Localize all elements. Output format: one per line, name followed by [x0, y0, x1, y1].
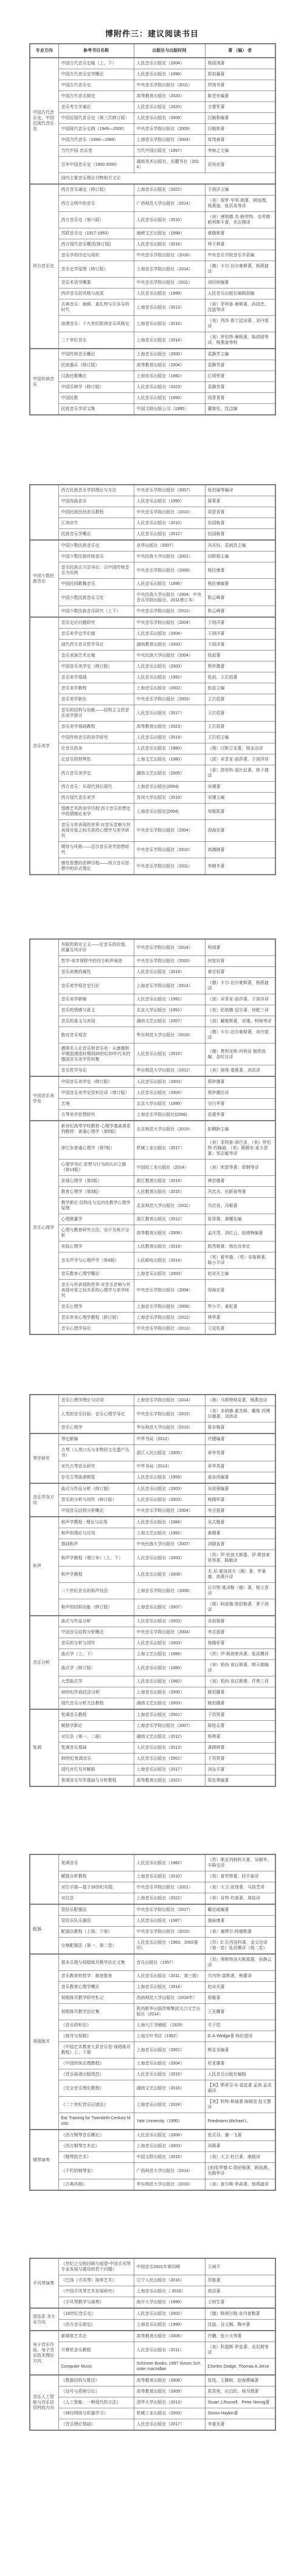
book-title-cell: 西方音乐史（第六版）: [58, 212, 134, 228]
author-cell: 汪毓和编著: [205, 113, 275, 124]
book-row: 音乐与其表现的世界:对音乐音响与其表现对象之间关系的心理学与美学研究中央音乐学院…: [30, 1280, 275, 1302]
publisher-cell: 人民音乐出版社（1985）: [134, 1660, 205, 1676]
publisher-cell: 上海音乐出版社（2024）: [134, 2097, 205, 2113]
book-row: 中国音乐美学史资料注译（增订版）人民音乐出版社（2004）蔡仲德注译: [30, 1088, 275, 1099]
author-cell: 林崇德著: [205, 1176, 275, 1187]
publisher-cell: 当代中国出版社（1997）: [134, 146, 205, 157]
book-title-cell: 曲式学（上、下）: [58, 1649, 134, 1660]
author-cell: 杨民康编著: [205, 579, 275, 590]
author-cell: 刘经树编著: [205, 278, 275, 289]
major-direction-cell: 配器: [30, 1904, 58, 1954]
book-row: 中国现代音乐史纲（1949—2000）中央音乐学院出版社（2009）汪毓和著: [30, 124, 275, 135]
publisher-cell: 中央音乐学院出版社（2013）: [134, 1324, 205, 1335]
book-title-cell: 心理与教育研究方法、设计及统计分析: [58, 1225, 134, 1242]
table-header-row: 专业方向参考书目名称出版社与出版时间著 （编） 者: [30, 44, 275, 58]
book-title-cell: 古琴（人类口头与非物质文化遗产丛书）: [58, 1445, 134, 1461]
book-title-cell: 中国民间歌舞音乐: [58, 579, 134, 590]
author-cell: 杨民康著: [205, 562, 275, 579]
book-row: 《不朽的钢琴家》广西师范大学出版社（2014）(美)哈罗德·C·勋伯格著，顾连理…: [30, 2163, 275, 2179]
book-row: 管弦乐队乐器法人民音乐出版社（1987）施咏康著: [30, 1916, 275, 1927]
book-row: 论音乐的美人民音乐出版社（1980）（奥）汉斯立克著，杨业治译: [30, 743, 275, 754]
book-title-cell: 和声学教程 - 理论与应用: [58, 1517, 134, 1528]
publisher-cell: 中央民族大学出版社（2007）: [134, 1539, 205, 1550]
publisher-cell: 高等教育出版社（2006）: [134, 2331, 205, 2342]
publisher-cell: 人民音乐出版社（2010）: [134, 518, 205, 529]
book-row: 《二十世纪音乐记谱法》上海音乐出版社（2024）【美】科特·斯通著 陈晓翌 赵文…: [30, 2097, 275, 2113]
author-cell: 郑祖襄著: [205, 69, 275, 80]
author-cell: 人民音乐出版社编辑部编: [205, 289, 275, 299]
book-row: 和声学教程人民音乐出版社（2008）尤·尼·霍洛波夫（俄）著，罗秉康、高燕升译: [30, 1566, 275, 1583]
book-title-cell: 曲式与作品分析（修订版）: [58, 1483, 134, 1495]
publisher-cell: 人民音乐出版社（2011，第三版）: [134, 1971, 205, 1982]
author-cell: 姚恒璐著: [205, 1687, 275, 1698]
publisher-cell: 高等教育出版社（2020）: [134, 91, 205, 102]
publisher-cell: 湖南文艺出版社（2012）: [134, 1732, 205, 1743]
publisher-cell: 中华书局（2013）: [134, 1461, 205, 1472]
author-cell: 李吉提著: [205, 1506, 275, 1517]
publisher-cell: 中央音乐学院出版社（2015）: [134, 1406, 205, 1423]
book-row: 西方音乐史（第六版）人民音乐出版社（2010）（美）唐纳德·杰·格劳特、克劳德·…: [30, 212, 275, 228]
book-row: 心理测量学浙江教育出版社（2012）张厚粲、龚耀先编: [30, 1214, 275, 1225]
publisher-cell: 京华出版社（2007）: [134, 540, 205, 552]
major-direction-cell: 中国少数民族音乐: [30, 540, 58, 617]
publisher-cell: 音乐出版社（1957）: [134, 1954, 205, 1971]
publisher-cell: 中央音乐学院出版社（2011）: [134, 278, 205, 289]
author-cell: 王次炤著: [205, 694, 275, 705]
book-row: 中国民歌人民音乐出版社（1993）周青青著: [30, 393, 275, 404]
publisher-cell: 海峡文艺出版社（1998）: [134, 228, 205, 239]
author-cell: 赵宋光著: [205, 1982, 275, 1993]
author-cell: （美）肯特·坎南著，周临译: [205, 1893, 275, 1905]
author-cell: 张前、王次炤著: [205, 672, 275, 683]
author-cell: 吴祖强编著: [205, 1483, 275, 1495]
book-row: 手风琴演奏《世纪之交的回顾与展望-中国手风琴专业发展与建设的若干问题》中国音乐2…: [30, 2258, 275, 2275]
publisher-cell: 中央音乐学院出版社（2010）: [134, 507, 205, 518]
publisher-cell: 上海音乐学院出版社（2007）: [134, 1721, 205, 1732]
book-row: 音乐美学新论中央音乐学院出版社（2003）王次炤著: [30, 694, 275, 705]
book-title-cell: 管弦乐队乐器法: [58, 1916, 134, 1927]
publisher-cell: 上海音乐出版社（2000）: [134, 349, 205, 360]
publisher-cell: 人民教育出版社（2019）: [134, 1242, 205, 1252]
book-title-cell: 复调音乐写作基础与分析教程: [58, 1775, 134, 1787]
major-direction-cell: 音乐分析: [30, 1616, 58, 1709]
book-title-cell: 音乐教育的哲学：推进愿景: [58, 1971, 134, 1982]
book-title-cell: 二十世纪音乐的和声技法: [58, 1583, 134, 1599]
major-direction-cell: 电子音乐作曲、电子音乐技术理论方向: [30, 2331, 58, 2375]
book-row: 音乐美学观念史引论上海音乐学院出版社（2014）（德）卡尔·达尔豪斯著，杨燕迪译: [30, 978, 275, 994]
publisher-cell: 人民音乐出版社（2015）: [134, 2069, 205, 2080]
publisher-cell: 人民音乐出版社（2011）: [134, 2342, 205, 2359]
book-title-cell: 《音乐曲谱出版规范》: [58, 2069, 134, 2080]
book-row: 中国当代音乐（1949—1989）上海音乐学院出版社（2004）梁茂春著: [30, 135, 275, 146]
publisher-cell: 人民音乐出版社（2017）: [134, 2419, 205, 2431]
book-row: 管弦系 各专业方向《19世纪音乐史》人民音乐出版社（2002）（德）格奥尔格.克…: [30, 2308, 275, 2320]
author-cell: （苏）斯克列勃科夫著，吴佩华、丰陈宝译: [205, 1854, 275, 1871]
author-cell: （美）大卫·波登著，马扬芝译: [205, 1882, 275, 1893]
span-note-cell: 国内主要音乐理论刊物相关文论: [58, 173, 275, 185]
author-cell: 王次炤著: [205, 722, 275, 733]
book-title-cell: 和声学教程: [58, 1566, 134, 1583]
publisher-cell: 人民音乐出版社（2004）: [134, 58, 205, 69]
book-title-cell: 宋代古琴音乐研究: [58, 1461, 134, 1472]
book-title-cell: 对位法: [58, 1893, 134, 1905]
author-cell: Simon Haykin著: [205, 2408, 275, 2419]
author-cell: （德）卡尔·达尔豪斯著，刘丹霓译: [205, 1027, 275, 1044]
publisher-cell: 中央音乐学院出版社（2011）: [134, 80, 205, 91]
book-title-cell: 和声学教程（增订本）（上、下）: [58, 1550, 134, 1566]
author-cell: 查阜西编著: [205, 1472, 275, 1484]
book-row: 视唱练耳教学研究札记西南师范大学出版社（2018年）郑敏著: [30, 1993, 275, 2004]
book-title-cell: 中国音乐美学史资料注译（增订版）: [58, 1088, 134, 1099]
publisher-cell: 湖南文艺出版社（2007）: [134, 1016, 205, 1027]
book-row: 赋格学新论上海音乐学院出版社（2007）陈铭志著: [30, 1721, 275, 1732]
publisher-cell: 中国文联出版社（2015）: [134, 2152, 205, 2163]
book-row: 中国音乐结构分析概论中央音乐学院出版社（2004）李吉提著: [30, 1506, 275, 1517]
author-cell: （苏）伊·斯波索宾著，张洪模译: [205, 1649, 275, 1660]
book-title-cell: 音乐的结构与功能——结构主义的音乐美学探讨: [58, 705, 134, 722]
author-cell: 于润洋著: [205, 617, 275, 629]
publisher-cell: 人民邮电出版社（2014）: [134, 1252, 205, 1269]
publisher-cell: 人民音乐出版社（2019）: [134, 967, 205, 978]
book-row: 二十世纪音乐的和声技法上海音乐学院出版社（2006）瓦尔特·基泽勒（德）著，杨立…: [30, 1583, 275, 1599]
book-row: 交响配器法（第一、第二卷）人民音乐出版社（1963、2002重印）（苏）C·瓦西…: [30, 1938, 275, 1955]
author-cell: 【美】斯蒂芬·G·雷兹著 孟酋 孟采丽译: [205, 2080, 275, 2097]
book-title-cell: 西方音乐通史（修订版）: [58, 184, 134, 196]
book-row: 《钢琴的艺术》中国文联出版社（2015）（美）大卫·杜巴著，康瑞译: [30, 2152, 275, 2163]
author-cell: 于润洋主编: [205, 184, 275, 196]
book-title-cell: 古典音乐：海顿、莫扎特与贝多芬的时代: [58, 299, 134, 316]
author-cell: 蔡仲德著: [205, 661, 275, 672]
book-row: 对位法（第一、二册）湖南文艺出版社（2012）杨勇著: [30, 1732, 275, 1743]
book-row: 心理学导论 思想与行为的认识之路（第13版）中国轻工业出版社（2014）（美）库…: [30, 1160, 275, 1176]
author-cell: （德）费利克斯·玛利亚·伽茨选编，金经言译: [205, 1044, 275, 1065]
publisher-cell: 上海音乐出版社（2007）: [134, 1599, 205, 1616]
publisher-cell: 人民音乐出版社（2008）: [134, 1566, 205, 1583]
book-title-cell: 民族音乐学概论: [58, 529, 134, 541]
author-cell: （美）塞缪尔·阿德勒著: [205, 1927, 275, 1938]
publisher-cell: 人民音乐出版社（2002）: [134, 2308, 205, 2320]
book-row: 音乐术语学概要中央音乐学院出版社（2011）刘经树编著: [30, 278, 275, 289]
publisher-cell: 广西师范大学出版社（2014）: [134, 2163, 205, 2179]
book-title-cell: 和声的结构功能（修订版）: [58, 1599, 134, 1616]
author-cell: 林华著: [205, 1313, 275, 1324]
author-cell: 李焕之主编: [205, 146, 275, 157]
publisher-cell: 人民音乐出版社（2015）: [134, 1044, 205, 1065]
book-row: 音乐的分析与创作（修订版）人民音乐出版社（2003）杨儒怀著: [30, 1495, 275, 1506]
major-direction-cell: 中国音乐美学史: [30, 1076, 58, 1121]
author-cell: （德）卡尔·达尔豪斯著，杨燕迪译: [205, 978, 275, 994]
book-title-cell: 音乐史学原理（修订版）: [58, 261, 134, 278]
book-title-cell: 音乐的分析与创作: [58, 1638, 134, 1649]
author-cell: 尤·尼·霍洛波夫（俄）著，罗秉康、高燕升译: [205, 1566, 275, 1583]
publisher-cell: 湖南文艺出版社（2016）: [134, 2080, 205, 2097]
author-cell: 郑敏著: [205, 1993, 275, 2004]
book-row: 期待与风格——迈尔音乐美学思想研究中央音乐学院出版社（2010）高拂晓著: [30, 842, 275, 858]
book-title-cell: 《钢琴的艺术》: [58, 2152, 134, 2163]
book-row: 教学新论 结构化与定向化教学心理学原理北京师范大学出版社（2011）冯忠良、冯姬…: [30, 1198, 275, 1214]
book-title-cell: 音乐与其表现的世界:对音乐音响与其表现对象之间关系的心理学与美学研究: [58, 1280, 134, 1302]
publisher-cell: 高等教育出版社（2023）: [134, 722, 205, 733]
publisher-cell: 中央音乐学院出版社（2004）: [134, 820, 205, 842]
publisher-cell: 上海音乐出版社（2003）: [134, 2141, 205, 2152]
publisher-cell: 中国文联出版公司（1985）: [134, 404, 205, 415]
book-title-cell: 对位法（第一、二册）: [58, 1732, 134, 1743]
publisher-cell: 人民音乐出版社（2019）: [134, 733, 205, 743]
author-cell: 袁静芳著: [205, 382, 275, 393]
book-row: 中国传统音乐中国传统音乐概论上海音乐出版社（2000）袁静芳主编: [30, 349, 275, 360]
author-cell: 龚晓婷著: [205, 1743, 275, 1754]
book-row: 中国少数民族传统音乐中央民族大学出版社（2001）田联韬主编: [30, 552, 275, 562]
publisher-cell: 浙江人民出版社（2005）: [134, 1445, 205, 1461]
book-title-cell: 复调音乐教程: [58, 1709, 134, 1721]
author-cell: 汪毓和著: [205, 124, 275, 135]
book-title-cell: 《信号与系统引论》: [58, 2386, 134, 2397]
book-title-cell: 中国音乐美学史（修订版）: [58, 661, 134, 672]
author-cell: 张前主编: [205, 683, 275, 694]
author-cell: 王光耀著: [205, 2004, 275, 2020]
book-title-cell: 《音乐的听法》: [58, 2020, 134, 2031]
book-title-cell: 《中国手风琴艺术发展研究》: [58, 2286, 134, 2297]
book-row: 音乐心理学理论与应用上海音乐学院出版社（2014）（奥）马斯特纳克著，杨燕宜译: [30, 1395, 275, 1406]
book-row: 音乐教育的哲学：推进愿景人民音乐出版社（2011，第三版）贝内特·雷默著，熊蕾译: [30, 1971, 275, 1982]
book-title-cell: 视唱练耳教学法论集: [58, 2004, 134, 2020]
book-row: 《信号与系统引论》高等教育出版社（2009）郑君里、应启珩、杨为理著: [30, 2386, 275, 2397]
author-cell: （美）彼得·基维著，刘洪译: [205, 1065, 275, 1077]
book-title-cell: 音乐心理学理论与应用: [58, 1395, 134, 1406]
book-row: 20世纪作曲技法分析上海音乐出版社（2000）姚恒璐著: [30, 1687, 275, 1698]
publisher-cell: 中央音乐学院出版社（2009）: [134, 124, 205, 135]
publisher-cell: 华东师范大学出版社（2019）: [134, 1027, 205, 1044]
author-cell: 张伯瑜等编译: [205, 485, 275, 496]
author-cell: （美）多纳德·霍杰斯、戴维·西博尔德著，刘沛译: [205, 1406, 275, 1423]
publisher-cell: 上海音乐学院出版社（2012）: [134, 1313, 205, 1324]
book-title-cell: 中国少数民族音乐研究（上下）: [58, 606, 134, 618]
book-title-cell: 《二十世纪音乐记谱法》: [58, 2097, 134, 2113]
book-row: 古典音乐：海顿、莫扎特与贝多芬的时代上海音乐出版社（2013）（美）菲利普·唐斯…: [30, 299, 275, 316]
author-cell: G·A·Wedge著 杨民望译: [205, 2031, 275, 2042]
book-title-cell: 中国音乐美学史（修订版）: [58, 1076, 134, 1088]
publisher-cell: 上海音乐出版社（2001）: [134, 2042, 205, 2058]
book-title-cell: Computer Music: [58, 2359, 134, 2376]
book-title-cell: 西方文明中的音乐: [58, 196, 134, 212]
author-cell: 吴式锴著: [205, 1517, 275, 1528]
book-title-cell: 心理测量学: [58, 1214, 134, 1225]
publisher-cell: 上海音乐出版社（ 2016）: [134, 2286, 205, 2297]
publisher-cell: 机械工业出版社（2009）: [134, 2408, 205, 2419]
book-title-cell: 和声的理论与应用: [58, 1528, 134, 1539]
publisher-cell: 上海音乐出版社（2003）: [134, 1269, 205, 1280]
publisher-cell: 人民音乐出版社（2012）: [134, 529, 205, 541]
author-cell: （美）伦纳德·迈尔著，何乾三译: [205, 1005, 275, 1016]
book-row: 古琴（人类口头与非物质文化遗产丛书）浙江人民出版社（2005）章华英著: [30, 1445, 275, 1461]
author-cell: （意）恩里科·福比尼著，修子建译: [205, 765, 275, 782]
book-title-cell: 音乐术语学概要: [58, 278, 134, 289]
book-title-cell: 百年中国音乐史（1900-2000）: [58, 157, 134, 173]
book-title-cell: 20世纪作曲技法分析: [58, 1687, 134, 1698]
book-row: 实验心理学人民教育出版社（2019）郭秀艳著、杨治良审定: [30, 1242, 275, 1252]
publisher-cell: 湖南教育出版社（2000）: [134, 640, 205, 651]
book-title-cell: 中国少数民族传统音乐: [58, 552, 134, 562]
book-row: 对位法上海音乐出版社（2022）（美）肯特·坎南著，周临译: [30, 1893, 275, 1905]
book-row: 音乐心理学上海音乐学院出版社（2008）罗小平、黄虹著: [30, 1302, 275, 1313]
publisher-cell: 广西师范大学出版社（2014）: [134, 196, 205, 212]
book-title-cell: 发展心理学（第2版）: [58, 1176, 134, 1187]
author-cell: 伊鸿书著: [205, 80, 275, 91]
publisher-cell: 北京师范大学出版社（2011）: [134, 1198, 205, 1214]
book-row: 苏联音乐史（1917-1953）海峡文艺出版社（1998）黄晓和著: [30, 228, 275, 239]
author-cell: 周海宏著: [205, 1280, 275, 1302]
book-row: 赋格分析教程上海音乐出版社（2010）（英）普劳特著，段平泰译: [30, 1871, 275, 1882]
major-direction-cell: 和声: [30, 1517, 58, 1616]
author-cell: 周青青著: [205, 393, 275, 404]
book-title-cell: 新世纪高等学校教材·心理学基础课系列教材：普通心理学（第5版）: [58, 1121, 134, 1138]
book-title-cell: 《中国艺术教育大系音乐卷-视唱练耳教程》上、下册: [58, 2042, 134, 2058]
book-title-cell: 民族音乐学译文集: [58, 404, 134, 415]
book-row: 配器法教程（上册、下册）中央音乐学院出版社（2010）（美）塞缪尔·阿德勒著: [30, 1927, 275, 1938]
book-title-cell: 汉族民歌概论: [58, 371, 134, 382]
book-title-cell: 《世纪之交的回顾与展望-中国手风琴专业发展与建设的若干问题》: [58, 2258, 134, 2275]
author-cell: 伍国栋著: [205, 518, 275, 529]
publisher-cell: 上海音乐出版社（2022）: [134, 1893, 205, 1905]
book-row: 大型曲式学人民音乐出版社（1982）（美）柏西·该丘斯著，许勇三译: [30, 1676, 275, 1687]
author-cell: 于润洋著: [205, 640, 275, 651]
book-row: 音乐哲学导论华东师范大学出版社（2012）（美）彼得·基维著，刘洪译: [30, 1065, 275, 1077]
publisher-cell: 中央音乐学院出版社（2008）: [134, 562, 205, 579]
column-header-2: 出版社与出版时间: [134, 44, 205, 58]
book-title-cell: 江南丝竹: [58, 518, 134, 529]
publisher-cell: 中央音乐学院出版社（2007）: [134, 485, 205, 496]
reading-list-table-segment: 音乐心理学理论与应用上海音乐学院出版社（2014）（奥）马斯特纳克著，杨燕宜译人…: [29, 1394, 276, 1787]
publisher-cell: 中央民族大学出版社（2004；中央音乐学院出版社，2011增订本）: [134, 590, 205, 606]
publisher-cell: 高等教育出版社（2006）: [134, 1225, 205, 1242]
book-row: 汉族民歌概论上海音乐出版社（1982）江明惇著: [30, 371, 275, 382]
author-cell: 罗小平、黄虹著: [205, 1302, 275, 1313]
book-row: 西方音乐：从现代到后现代上海音乐出版社(2004)宋瑾著: [30, 782, 275, 793]
book-row: 音乐心理学导论中央音乐学院出版社（2013）王延松著: [30, 1324, 275, 1335]
publisher-cell: 人民音乐出版社（2013）: [134, 1743, 205, 1754]
publisher-cell: 中央音乐学院出版社（2021）: [134, 1882, 205, 1893]
book-row: 《音乐理论基础》人民音乐出版社（2017）李重光著: [30, 2419, 275, 2431]
book-title-cell: 音乐考古学通论: [58, 102, 134, 113]
author-cell: 伍国栋著: [205, 529, 275, 541]
book-row: 音乐的分析与创作人民音乐出版社（2003）杨儒怀著: [30, 1638, 275, 1649]
book-title-cell: 浪漫音乐：十九世纪欧洲音乐风格史: [58, 316, 134, 332]
book-title-cell: 中国乐种学（修订版）: [58, 382, 134, 393]
book-row: 西方民族音乐学的理论与方法中央音乐学院出版社（2007）张伯瑜等编译: [30, 485, 275, 496]
book-row: 人类的音乐经验：音乐心理学导论中央音乐学院出版社（2015）（美）多纳德·霍杰斯…: [30, 1406, 275, 1423]
author-cell: （波）卓菲亚·丽莎著，于润洋译: [205, 754, 275, 765]
book-row: 江南丝竹人民音乐出版社（2010）伍国栋著: [30, 518, 275, 529]
publisher-cell: 上海音乐出版社（2022）: [134, 184, 205, 196]
book-title-cell: 艺境: [58, 1099, 134, 1110]
book-row: 音乐美学教程上海音乐出版社（2002）张前主编: [30, 683, 275, 694]
author-cell: 于苏贤著: [205, 1709, 275, 1721]
publisher-cell: 人民音乐出版社（2004）: [134, 629, 205, 640]
reading-list-table-segment: 专业方向参考书目名称出版社与出版时间著 （编） 者中国古代音乐史、中国近现代音乐…: [29, 43, 276, 415]
author-cell: 王次炤主编: [205, 733, 275, 743]
publisher-cell: 人民音乐出版社（2023）: [134, 382, 205, 393]
publisher-cell: 中央音乐学院出版社（2004）: [134, 1506, 205, 1517]
book-title-cell: 论音乐的特殊性: [58, 754, 134, 765]
publisher-cell: 中华书局（2012）: [134, 1433, 205, 1445]
author-cell: 于苏贤著: [205, 1754, 275, 1765]
author-cell: 陈铭志著: [205, 1721, 275, 1732]
book-row: 和声的理论与应用上海文艺出版社（1982）桑桐著: [30, 1528, 275, 1539]
publisher-cell: 高等教育出版社（2008）: [134, 2375, 205, 2386]
publisher-cell: 人民音乐出版社（2003）: [134, 1616, 205, 1627]
book-title-cell: 复调音乐基础: [58, 1743, 134, 1754]
book-title-cell: 西方音乐美学史: [58, 765, 134, 782]
book-row: 西方音乐美学史湖南文艺出版社（2005）（意）恩里科·福比尼著，修子建译: [30, 765, 275, 782]
author-cell: 王次炤著: [205, 705, 275, 722]
book-row: 音乐心理学华东师范大学出版社（2016）蒋存梅著: [30, 1423, 275, 1434]
book-row: 中国音乐美学史中国音乐美学史（修订版）人民音乐出版社（2003）蔡仲德著: [30, 1076, 275, 1088]
publisher-cell: 上海音乐出版社（1982）: [134, 371, 205, 382]
major-direction-cell: 管弦系 各专业方向: [30, 2308, 58, 2331]
author-cell: 苏航著: [205, 2275, 275, 2286]
book-row: 对位手册—基于16世纪实践中央音乐学院出版社（2021）（美）大卫·波登著，马扬…: [30, 1882, 275, 1893]
author-cell: （英）普劳特著，段平泰译: [205, 1871, 275, 1882]
publisher-cell: 人民音乐出版社（2010）: [134, 212, 205, 228]
publisher-cell: 人民音乐出版社（2003）: [134, 1076, 205, 1088]
book-title-cell: Ear Training for Twentieth-Century Music: [58, 2113, 134, 2130]
book-title-cell: 音乐的意义与表现: [58, 1016, 134, 1027]
author-cell: 彭聃龄主编: [205, 1121, 275, 1138]
publisher-cell: 中央音乐学院出版社（2020）: [134, 956, 205, 967]
publisher-cell: 人民音乐出版社（1993）: [134, 393, 205, 404]
book-row: 西方现代音乐概述(修订版)人民音乐出版社（2016）钟子林著: [30, 239, 275, 250]
author-cell: 周薇著: [205, 2141, 275, 2152]
publisher-cell: 人民音乐出版社（2003）: [134, 1638, 205, 1649]
book-row: 复调音乐人民音乐出版社（1982）（苏）斯克列勃科夫著，吴佩华、丰陈宝译: [30, 1854, 275, 1871]
author-cell: (美)哈罗德·C·勋伯格著，顾连理、吴佩华译: [205, 2163, 275, 2179]
book-row: 音乐教育心理学概论上海音乐出版社（2014）赵宋光著: [30, 1982, 275, 1993]
book-row: 《西方音乐简史》上海音乐出版社（1999）沈旋、谷文娴、陶辛著: [30, 2320, 275, 2331]
book-row: 音乐的结构与功能——结构主义的音乐美学探讨人民音乐出版社（2017）王次炤著: [30, 705, 275, 722]
publisher-cell: 人民音乐出版社（2001）: [134, 1754, 205, 1765]
book-row: 计算机音乐教程人民音乐出版社（2011）（美）科提斯·罗兹著，肯尼斯等译: [30, 2342, 275, 2359]
book-title-cell: 中国戏曲音乐: [58, 496, 134, 507]
book-row: 存见古琴曲谱辑览人民音乐出版社（1958）查阜西编著: [30, 1472, 275, 1484]
publisher-cell: 上海音乐出版社（2017）: [134, 1765, 205, 1775]
author-cell: 许健编著: [205, 1433, 275, 1445]
publisher-cell: 华东师范大学出版社（2016）: [134, 1423, 205, 1434]
book-title-cell: 中国少数民族音乐史: [58, 540, 134, 552]
book-row: 基础和声中央民族大学出版社（2007）刘晓直著: [30, 1539, 275, 1550]
book-row: 《音乐曲谱出版规范》人民音乐出版社（2015）人民音乐出版社编制: [30, 2069, 275, 2080]
book-row: 当代中国·音乐卷当代中国出版社（1997）李焕之主编: [30, 146, 275, 157]
book-title-cell: 音乐美学教程: [58, 683, 134, 694]
publisher-cell: 中央音乐学院出版社（2004）: [134, 617, 205, 629]
publisher-cell: 上海音乐出版社（2001）: [134, 1709, 205, 1721]
author-cell: 蔡仲德著: [205, 1076, 275, 1088]
publisher-cell: 上海音乐学院出版社(2006): [134, 1110, 205, 1121]
book-row: 音乐的意义与表现湖南文艺出版社（2007）（美）戴维斯著，宋瑾、柯杨等译: [30, 1016, 275, 1027]
author-cell: （德）卡尔·达尔豪斯著，杨燕迪译: [205, 261, 275, 278]
book-row: 百年中国音乐史（1900-2000）湖南美术出版社、岳麓书社（2014）居其宏著: [30, 157, 275, 173]
book-title-cell: 赋格学新论: [58, 1721, 134, 1732]
book-row: 中国少数民族音乐研究（上下）中央音乐学院出版社（2012）和云峰著: [30, 606, 275, 618]
book-row: 宋代古琴音乐研究中华书局（2013）章华英著: [30, 1461, 275, 1472]
book-row: 绝对音乐观念华东师范大学出版社（2019）（德）卡尔·达尔豪斯著，刘丹霓译: [30, 1027, 275, 1044]
book-title-cell: 中国古代音乐史学概论: [58, 69, 134, 80]
book-row: 西方音乐史西方音乐通史（修订版）上海音乐出版社（2022）于润洋主编: [30, 184, 275, 196]
column-header-0: 专业方向: [30, 44, 58, 58]
book-title-cell: 音乐心理学: [58, 1423, 134, 1434]
author-cell: Cherles Dodge, Thomas A.Jerse: [205, 2359, 275, 2376]
author-cell: （苏）奥斯特洛夫斯基著，孙静云译: [205, 1954, 275, 1971]
publisher-cell: 上海音乐出版社（2004）: [134, 2058, 205, 2069]
